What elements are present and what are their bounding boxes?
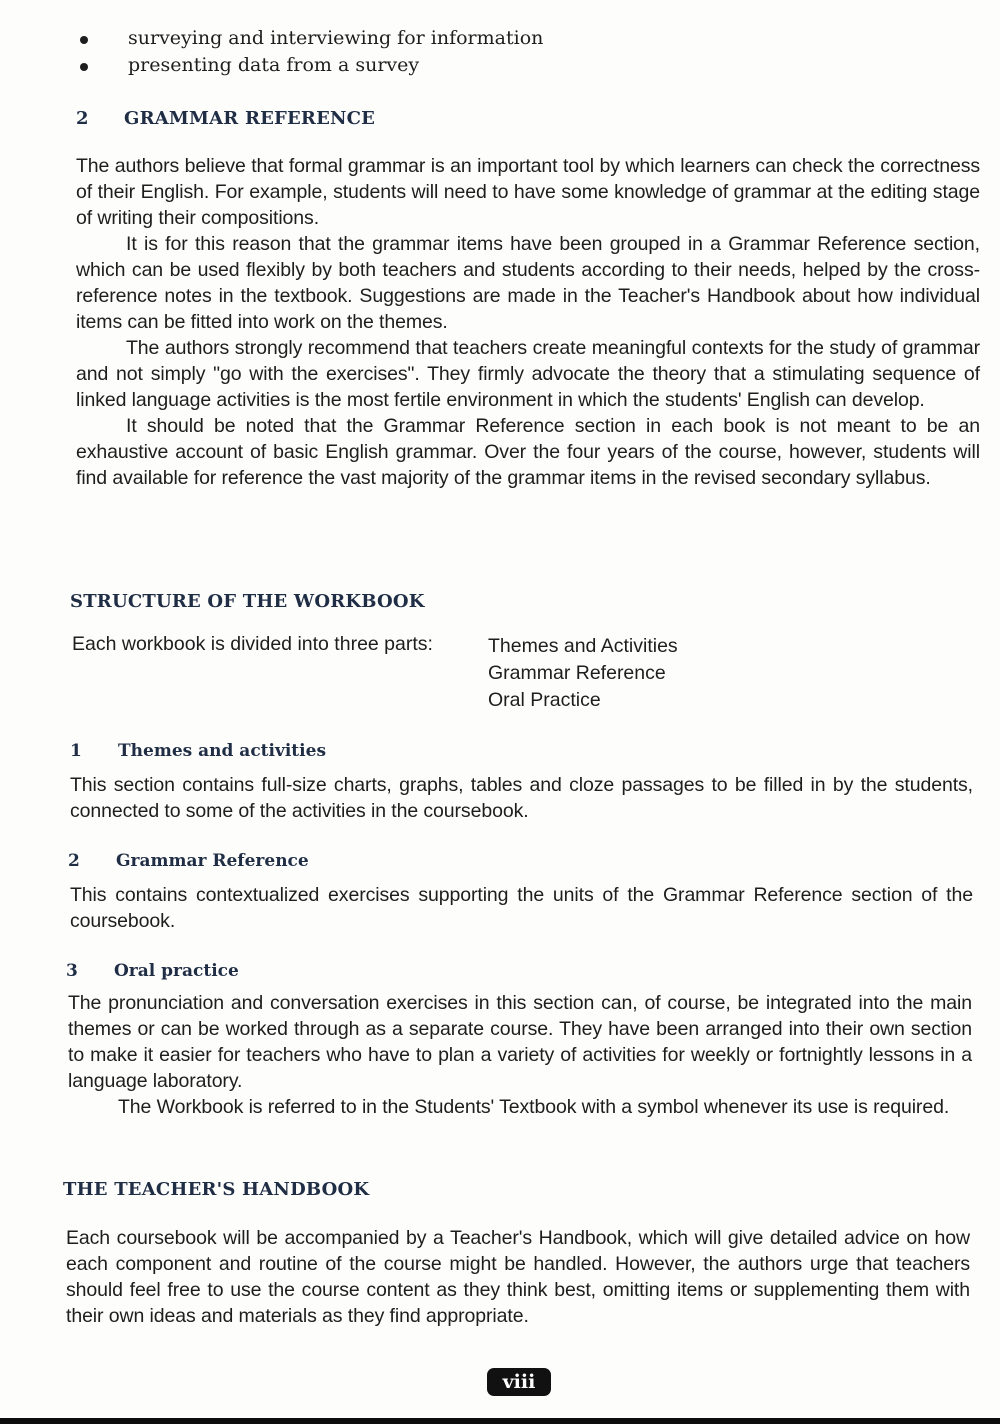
bullet-text: presenting data from a survey — [128, 54, 419, 76]
bullet-icon — [80, 63, 88, 71]
workbook-intro: Each workbook is divided into three part… — [72, 631, 492, 658]
grammar-reference-body: The authors believe that formal grammar … — [76, 153, 980, 491]
paragraph: It is for this reason that the grammar i… — [76, 231, 980, 335]
section-number: 2 — [76, 108, 124, 129]
page-number-badge: viii — [487, 1368, 551, 1396]
bullet-item: presenting data from a survey — [80, 54, 680, 81]
subsection-heading-oral: 3Oral practice — [66, 961, 239, 981]
subsection-body-oral: The pronunciation and conversation exerc… — [68, 990, 972, 1120]
subsection-body-themes: This section contains full-size charts, … — [70, 772, 973, 824]
workbook-part: Themes and Activities — [488, 633, 678, 660]
section-title: GRAMMAR REFERENCE — [124, 108, 375, 129]
subsection-title: Themes and activities — [118, 741, 326, 761]
bullet-icon — [80, 36, 88, 44]
paragraph: This section contains full-size charts, … — [70, 772, 973, 824]
workbook-intro-text: Each workbook is divided into three part… — [72, 631, 492, 658]
subsection-body-grammar: This contains contextualized exercises s… — [70, 882, 973, 934]
subsection-number: 1 — [70, 741, 118, 761]
document-page: surveying and interviewing for informati… — [0, 0, 1000, 1424]
section-heading-teachers-handbook: THE TEACHER'S HANDBOOK — [63, 1179, 369, 1200]
paragraph: The authors believe that formal grammar … — [76, 153, 980, 231]
paragraph: The authors strongly recommend that teac… — [76, 335, 980, 413]
bottom-border — [0, 1418, 1000, 1424]
teachers-handbook-body: Each coursebook will be accompanied by a… — [66, 1225, 970, 1329]
section-heading-grammar-reference: 2GRAMMAR REFERENCE — [76, 108, 375, 129]
workbook-part: Grammar Reference — [488, 660, 678, 687]
paragraph: Each coursebook will be accompanied by a… — [66, 1225, 970, 1329]
workbook-parts-list: Themes and Activities Grammar Reference … — [488, 633, 678, 714]
paragraph: It should be noted that the Grammar Refe… — [76, 413, 980, 491]
subsection-title: Grammar Reference — [116, 851, 309, 871]
bullet-item: surveying and interviewing for informati… — [80, 27, 680, 54]
paragraph: The pronunciation and conversation exerc… — [68, 990, 972, 1094]
workbook-part: Oral Practice — [488, 687, 678, 714]
subsection-title: Oral practice — [114, 961, 239, 981]
subsection-number: 2 — [68, 851, 116, 871]
paragraph: The Workbook is referred to in the Stude… — [68, 1094, 972, 1120]
subsection-heading-themes: 1Themes and activities — [70, 741, 326, 761]
subsection-number: 3 — [66, 961, 114, 981]
bullet-text: surveying and interviewing for informati… — [128, 27, 543, 49]
subsection-heading-grammar: 2Grammar Reference — [68, 851, 309, 871]
section-heading-workbook-structure: STRUCTURE OF THE WORKBOOK — [70, 591, 425, 612]
paragraph: This contains contextualized exercises s… — [70, 882, 973, 934]
